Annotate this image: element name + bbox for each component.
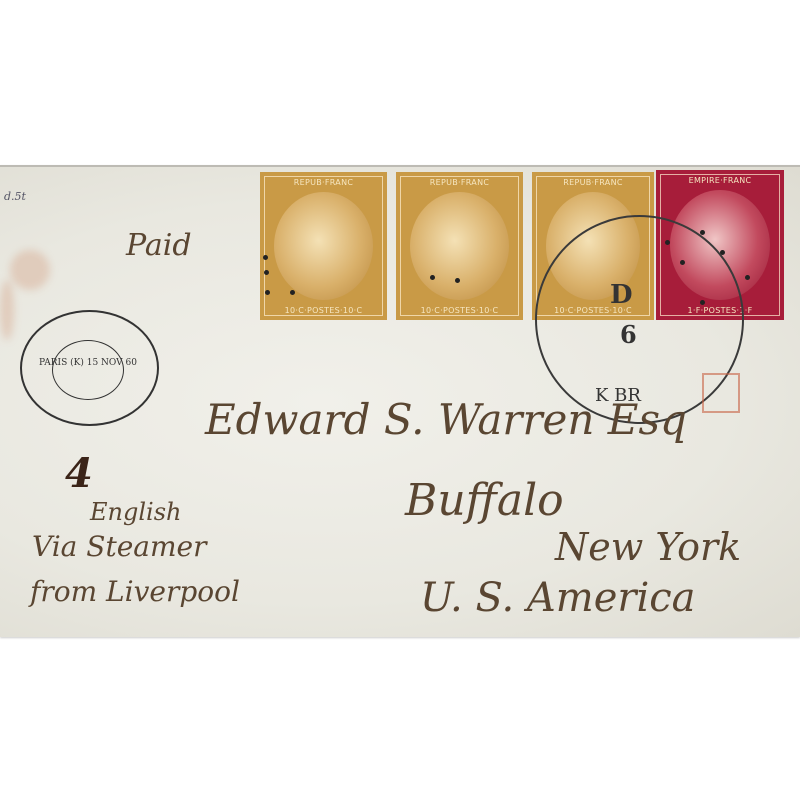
postmark-number: 6: [620, 320, 637, 349]
rate-mark: 4: [65, 450, 93, 497]
red-pd-box: [702, 373, 740, 413]
postmark-letter: D: [610, 280, 633, 310]
address-line-country: U. S. America: [420, 575, 696, 621]
paid-note: Paid: [126, 228, 192, 263]
paris-postmark-text: PARIS (K) 15 NOV 60: [28, 358, 148, 368]
route-note-line: Via Steamer: [32, 530, 206, 563]
stain: [10, 250, 50, 290]
address-line-state: New York: [555, 525, 741, 569]
stamp-bottom-text: 10·C·POSTES·10·C: [260, 306, 387, 315]
route-note-line: English: [90, 498, 181, 526]
paris-postmark-inner: [52, 340, 124, 400]
stamp-bottom-text: 10·C·POSTES·10·C: [396, 306, 523, 315]
pencil-note: d.5t: [4, 190, 26, 203]
address-line-name: Edward S. Warren Esq: [205, 395, 687, 444]
stamp-top-text: REPUB·FRANC: [532, 178, 654, 187]
address-line-city: Buffalo: [405, 475, 564, 526]
stamp-top-text: REPUB·FRANC: [260, 178, 387, 187]
stamp-top-text: EMPIRE·FRANC: [656, 176, 784, 185]
route-note-line: from Liverpool: [30, 575, 240, 608]
stain: [0, 280, 14, 340]
stamp-top-text: REPUB·FRANC: [396, 178, 523, 187]
stamp-10c-1: REPUB·FRANC 10·C·POSTES·10·C: [260, 172, 387, 320]
stamp-10c-2: REPUB·FRANC 10·C·POSTES·10·C: [396, 172, 523, 320]
